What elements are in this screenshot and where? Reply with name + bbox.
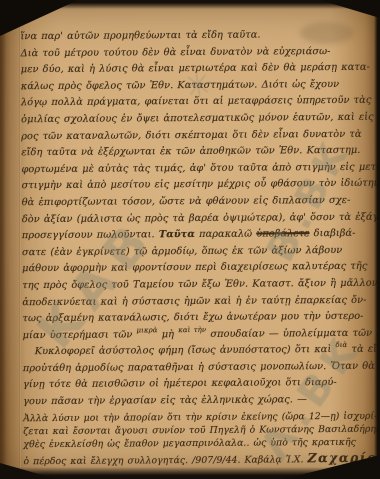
manuscript-segment: κάλως πρὸς ὄφελος τῶν Ἐθν. Καταστημάτων.… (21, 79, 339, 92)
manuscript-segment: σατε (ἐὰν ἐγκρίνετε) τῷ ἁρμοδίῳ, ὅπως ἐκ… (22, 245, 342, 258)
manuscript-segment: μάθουν ἀφορμὴν καὶ φροντίσουν περὶ διαχε… (22, 261, 367, 274)
manuscript-segment: ἀποδεικνύεται καὶ ἡ σύστασις ἡμῶν καὶ ἡ … (22, 294, 366, 307)
manuscript-segment: της πρὸς ὄφελος τοῦ Ταμείου τῶν ἔξω Ἐθν.… (22, 278, 378, 291)
manuscript-segment: χθὲς ἐνεκλείσθη ὡς ἔπαθον μεγασπρινόλαλα… (23, 437, 356, 450)
manuscript-segment: Ἀλλὰ λύσιν μοι τὴν ἀπορίαν ὅτι τὴν κρίσι… (23, 410, 377, 423)
manuscript-segment: τὰ εἴδη ταῦτα (347, 344, 380, 356)
handwriting-block: ἵνα παρ' αὐτῶν προμηθεύωνται τὰ εἴδη ταῦ… (20, 29, 363, 466)
manuscript-segment: ζεται καὶ ἔσονται ἄγουσι συνίον τοῦ Πηγε… (23, 424, 380, 437)
manuscript-segment-sup: διὰ (335, 341, 347, 349)
manuscript-segment: προσεγγίσουν πωλοῦνται. (22, 229, 159, 241)
page-edge-left (0, 0, 6, 479)
manuscript-segment: φορτωμένα μὲ αὐτὰς τὰς τιμάς, ἀφ' ὅτου τ… (21, 161, 380, 175)
page-edge-top (0, 0, 380, 9)
letter-page: ✳ ΚΑΒ Β.ΒΚ Λ.ΒΚ ἵνα παρ' αὐτῶν προμηθεύω… (0, 0, 380, 479)
manuscript-line: ὁ πέρδος καὶ ἔλεγχη συλλογητάς. /907/9/4… (23, 450, 363, 466)
manuscript-segment: γίνῃ τότε θὰ πεισθῶσιν οἱ ἡμέτεροι κεφαλ… (23, 377, 337, 390)
manuscript-segment: ἵνα παρ' αὐτῶν προμηθεύωνται τὰ εἴδη ταῦ… (20, 30, 260, 43)
manuscript-segment-sup: μικρὰ (137, 326, 158, 334)
manuscript-segment: θὰ ἐπιφορτίζωνται τόσον, ὥστε νὰ φθάνουν… (22, 195, 351, 208)
manuscript-segment-strike: ὑποβάλετε (256, 228, 309, 239)
manuscript-segment: στιγμὴν καὶ ἀπὸ μεσίτου εἰς μεσίτην μέχρ… (22, 178, 380, 191)
manuscript-segment: μίαν ὑστερήμασι τῶν (23, 329, 137, 341)
manuscript-segment: σπουδαίαν — ὑπολείμματα τῶν ἄλλων. (206, 327, 380, 339)
manuscript-segment: εἴδη ταῦτα νὰ ἐξέρχωνται ἐκ τῶν ἀποθηκῶν… (21, 145, 360, 158)
manuscript-segment: λόγῳ πολλὰ πράγματα, φαίνεται ὅτι αἱ μετ… (21, 95, 371, 108)
manuscript-segment: Διὰ τοῦ μέτρου τούτου δὲν θὰ εἶναι δυνατ… (21, 46, 331, 59)
page-edge-right (374, 0, 380, 479)
manuscript-segment: ὁμιλίας σχολαίους ἐν ὄψει ἀποτελεσματικῶ… (21, 112, 380, 126)
manuscript-segment-sig: Ζαχαρίου (307, 450, 380, 466)
page-edge-bottom (0, 467, 380, 479)
manuscript-segment-sup: καὶ τὴν (178, 326, 206, 334)
manuscript-segment: παρακαλῶ (195, 229, 256, 240)
manuscript-segment: Κυκλοφορεῖ ἀσύστολος φήμη (ἴσως ἀνυπόστα… (35, 344, 336, 357)
manuscript-segment: τως ἀρξαμένη κατανάλωσις, διότι ἔχω ἀνωτ… (22, 311, 363, 324)
manuscript-segment: γουν πᾶσαν τὴν ἐργασίαν εἰς τὰς ἑλληνικὰ… (23, 394, 307, 407)
document-scan: ✳ ΚΑΒ Β.ΒΚ Λ.ΒΚ ἵνα παρ' αὐτῶν προμηθεύω… (0, 0, 380, 479)
manuscript-segment: προὐτάθη ἁρμοδίως παραταθῆναι ἡ σύστασις… (23, 361, 375, 374)
manuscript-segment: διαβιβά- (309, 228, 355, 239)
manuscript-segment: μὴ (158, 329, 179, 340)
manuscript-segment: δὸν ἀξίαν (μάλιστα ὡς πρὸς τὰ βαρέα ὀψιμ… (22, 211, 380, 225)
manuscript-segment: ὁ πέρδος καὶ ἔλεγχη συλλογητάς. /907/9/4… (23, 454, 307, 467)
manuscript-segment: ρος τῶν καταναλωτῶν, διότι σκέπτομαι ὅτι… (21, 128, 361, 141)
corner-shadow-top-right (320, 0, 380, 18)
manuscript-segment-bold: Ταῦτα (159, 229, 195, 240)
manuscript-segment: μεν δύο, καὶ ἡ λύσις θὰ εἶναι μετριωτέρα… (21, 62, 370, 75)
